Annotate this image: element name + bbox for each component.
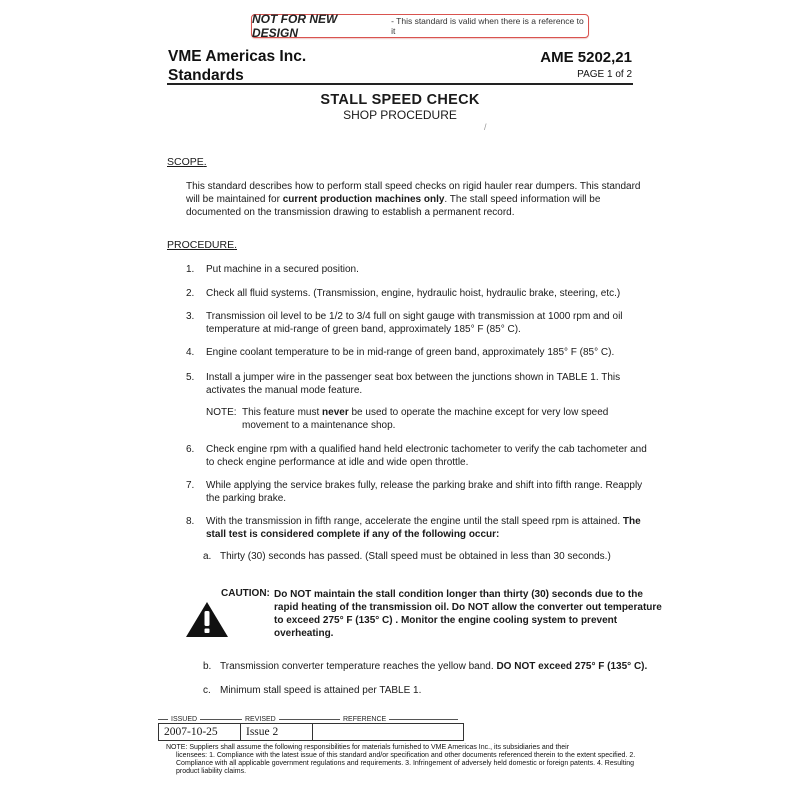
revised-label: REVISED xyxy=(242,716,279,723)
company-line-1: VME Americas Inc. xyxy=(168,47,306,66)
procedure-step: 6.Check engine rpm with a qualified hand… xyxy=(186,443,656,469)
procedure-step: 7.While applying the service brakes full… xyxy=(186,479,656,505)
company-name: VME Americas Inc. Standards xyxy=(168,47,306,85)
procedure-step: 3.Transmission oil level to be 1/2 to 3/… xyxy=(186,310,656,336)
document-number: AME 5202,21 xyxy=(540,49,632,66)
document-subtitle: SHOP PROCEDURE xyxy=(0,108,800,122)
banner-status: NOT FOR NEW DESIGN xyxy=(252,12,385,40)
procedure-step: 1.Put machine in a secured position. xyxy=(186,263,656,276)
issued-label: ISSUED xyxy=(168,716,200,723)
header-divider xyxy=(167,83,633,85)
not-for-new-design-banner: NOT FOR NEW DESIGN - This standard is va… xyxy=(251,14,589,38)
procedure-step: 8.With the transmission in fifth range, … xyxy=(186,515,656,541)
procedure-step: 4.Engine coolant temperature to be in mi… xyxy=(186,346,656,359)
scope-text: This standard describes how to perform s… xyxy=(186,180,656,219)
scope-heading: SCOPE. xyxy=(167,156,207,168)
reference-label: REFERENCE xyxy=(340,716,389,723)
procedure-substep: b.Transmission converter temperature rea… xyxy=(203,660,663,673)
procedure-heading: PROCEDURE. xyxy=(167,239,237,251)
revision-table: 2007-10-25 Issue 2 xyxy=(158,723,464,741)
reference-value xyxy=(313,724,463,740)
caution-label: CAUTION: xyxy=(221,588,270,599)
procedure-substep: a.Thirty (30) seconds has passed. (Stall… xyxy=(203,550,663,563)
warning-triangle-icon xyxy=(185,600,229,638)
document-title: STALL SPEED CHECK xyxy=(0,92,800,108)
issued-date: 2007-10-25 xyxy=(159,724,241,740)
procedure-substep: c.Minimum stall speed is attained per TA… xyxy=(203,684,663,697)
procedure-step: 2.Check all fluid systems. (Transmission… xyxy=(186,287,656,300)
banner-note: - This standard is valid when there is a… xyxy=(391,16,588,36)
procedure-step: 5.Install a jumper wire in the passenger… xyxy=(186,371,656,397)
page-number: PAGE 1 of 2 xyxy=(577,69,632,80)
footer-label-line xyxy=(158,719,458,720)
caution-text: Do NOT maintain the stall condition long… xyxy=(274,588,664,640)
scan-mark: / xyxy=(484,122,487,132)
revision-value: Issue 2 xyxy=(241,724,313,740)
procedure-note: NOTE:This feature must never be used to … xyxy=(206,406,656,432)
supplier-legal-note: NOTE: Suppliers shall assume the followi… xyxy=(166,744,636,776)
